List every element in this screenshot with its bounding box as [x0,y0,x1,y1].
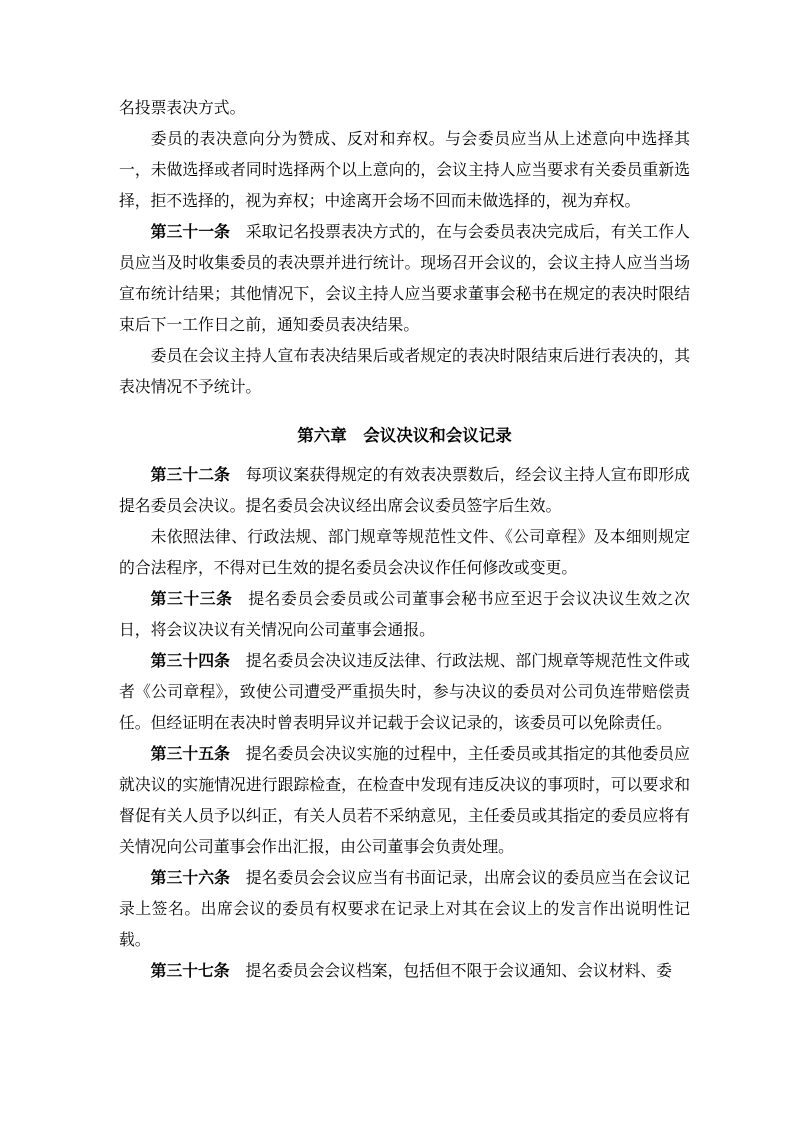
article-number: 第三十七条 [151,963,230,980]
article-number: 第三十三条 [151,591,233,608]
article-paragraph: 第三十六条提名委员会会议应当有书面记录，出席会议的委员应当在会议记录上签名。出席… [119,863,690,956]
article-paragraph: 第三十二条每项议案获得规定的有效表决票数后，经会议主持人宣布即形成提名委员会决议… [119,460,690,522]
article-paragraph: 第三十五条提名委员会决议实施的过程中，主任委员或其指定的其他委员应就决议的实施情… [119,739,690,863]
body-paragraph: 委员在会议主持人宣布表决结果后或者规定的表决时限结束后进行表决的，其表决情况不予… [119,341,690,403]
article-number: 第三十二条 [151,467,230,484]
document-body: 名投票表决方式。委员的表决意向分为赞成、反对和弃权。与会委员应当从上述意向中选择… [119,93,690,987]
article-paragraph: 第三十四条提名委员会决议违反法律、行政法规、部门规章等规范性文件或者《公司章程》… [119,646,690,739]
article-paragraph: 第三十一条采取记名投票表决方式的，在与会委员表决完成后，有关工作人员应当及时收集… [119,217,690,341]
body-paragraph: 委员的表决意向分为赞成、反对和弃权。与会委员应当从上述意向中选择其一，未做选择或… [119,124,690,217]
chapter-heading: 第六章 会议决议和会议记录 [119,420,690,451]
article-paragraph: 第三十七条提名委员会会议档案，包括但不限于会议通知、会议材料、委 [119,956,690,987]
article-number: 第三十六条 [151,870,230,887]
continuation-paragraph: 名投票表决方式。 [119,93,690,124]
document-page: 名投票表决方式。委员的表决意向分为赞成、反对和弃权。与会委员应当从上述意向中选择… [0,0,794,1122]
article-number: 第三十一条 [151,224,230,241]
article-number: 第三十五条 [151,746,230,763]
body-paragraph: 未依照法律、行政法规、部门规章等规范性文件、《公司章程》及本细则规定的合法程序，… [119,522,690,584]
article-number: 第三十四条 [151,653,230,670]
article-text: 提名委员会会议档案，包括但不限于会议通知、会议材料、委 [245,963,672,980]
article-paragraph: 第三十三条提名委员会委员或公司董事会秘书应至迟于会议决议生效之次日，将会议决议有… [119,584,690,646]
